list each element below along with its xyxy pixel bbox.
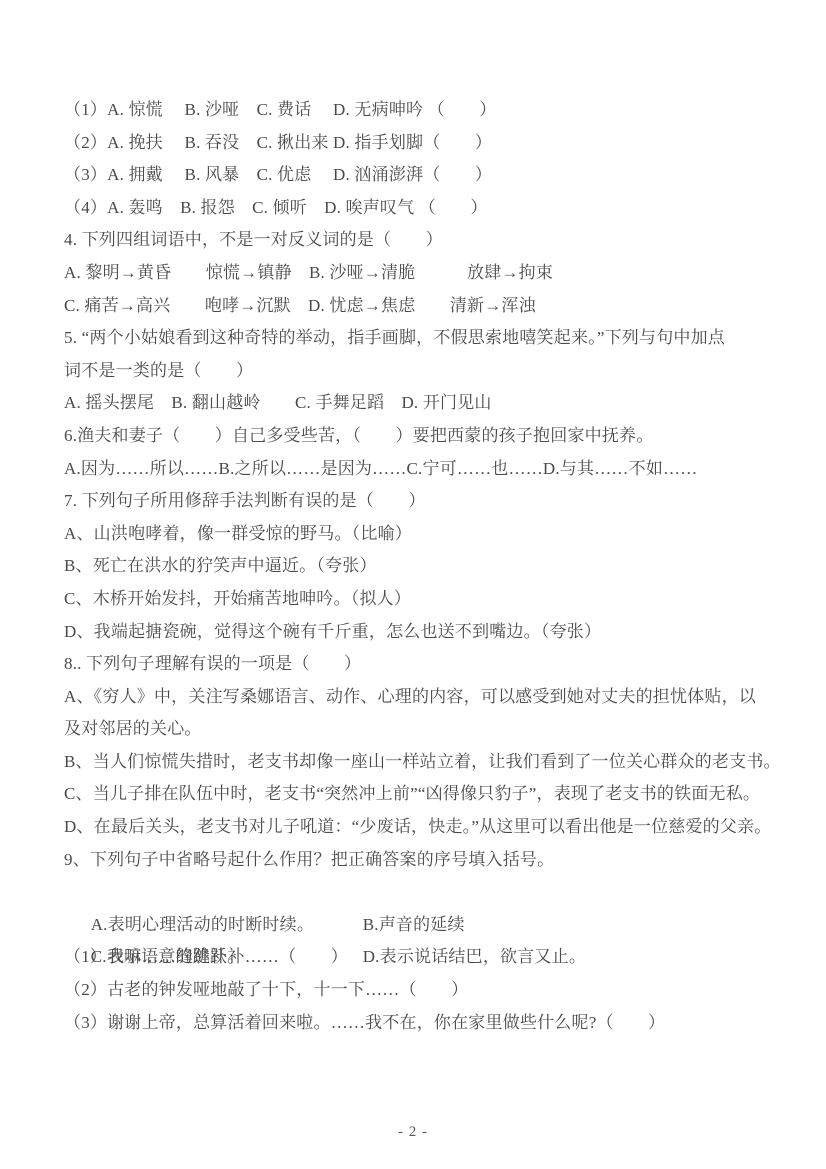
question-9-item-3: （3）谢谢上帝，总算活着回来啦。……我不在，你在家里做些什么呢?（ ） <box>64 1007 770 1040</box>
question-8-option-a-line-2: 及对邻居的关心。 <box>64 713 770 746</box>
question-9-options-ab: A.表明心理活动的时断时续。B.声音的延续 <box>64 876 770 909</box>
question-8-option-a-line-1: A、《穷人》中，关注写桑娜语言、动作、心理的内容，可以感受到她对丈夫的担忧体贴，… <box>64 681 770 714</box>
question-9-option-d: D.表示说话结巴，欲言又止。 <box>363 941 586 974</box>
question-9-stem: 9、下列句子中省略号起什么作用？把正确答案的序号填入括号。 <box>64 844 770 877</box>
worksheet-body: （1）A. 惊慌 B. 沙哑 C. 费话 D. 无病呻吟 （ ） （2）A. 挽… <box>64 94 770 1039</box>
question-5-options: A. 摇头摆尾 B. 翻山越岭 C. 手舞足蹈 D. 开门见山 <box>64 387 770 420</box>
question-8-option-d: D、在最后关头，老支书对儿子吼道：“少废话，快走。”从这里可以看出他是一位慈爱的… <box>64 811 770 844</box>
question-5-stem-line-1: 5. “两个小姑娘看到这种奇特的举动，指手画脚，不假思索地嘻笑起来。”下列与句中… <box>64 322 770 355</box>
question-9-item-2: （2）古老的钟发哑地敲了十下，十一下……（ ） <box>64 974 770 1007</box>
question-8-stem: 8.. 下列句子理解有误的一项是（ ） <box>64 648 770 681</box>
question-9-option-a: A.表明心理活动的时断时续。 <box>91 909 363 942</box>
question-4-options-ab: A. 黎明→黄昏 惊慌→镇静 B. 沙哑→清脆 放肆→拘束 <box>64 257 770 290</box>
question-6-stem: 6.渔夫和妻子（ ）自己多受些苦，（ ）要把西蒙的孩子抱回家中抚养。 <box>64 420 770 453</box>
question-7-option-d: D、我端起搪瓷碗，觉得这个碗有千斤重，怎么也送不到嘴边。（夸张） <box>64 616 770 649</box>
question-7-option-a: A、山洪咆哮着，像一群受惊的野马。（比喻） <box>64 518 770 551</box>
question-4-stem: 4. 下列四组词语中，不是一对反义词的是（ ） <box>64 224 770 257</box>
question-9-option-b: B.声音的延续 <box>363 909 465 942</box>
word-choice-item-4: （4）A. 轰鸣 B. 报怨 C. 倾听 D. 唉声叹气 （ ） <box>64 192 770 225</box>
word-choice-item-1: （1）A. 惊慌 B. 沙哑 C. 费话 D. 无病呻吟 （ ） <box>64 94 770 127</box>
question-8-option-b: B、当人们惊慌失措时，老支书却像一座山一样站立着，让我们看到了一位关心群众的老支… <box>64 746 770 779</box>
page-number: - 2 - <box>0 1124 826 1141</box>
question-8-option-c: C、当儿子排在队伍中时，老支书“突然冲上前”“凶得像只豹子”，表现了老支书的铁面… <box>64 778 770 811</box>
question-7-stem: 7. 下列句子所用修辞手法判断有误的是（ ） <box>64 485 770 518</box>
question-5-stem-line-2: 词不是一类的是（ ） <box>64 355 770 388</box>
word-choice-item-3: （3）A. 拥戴 B. 风暴 C. 优虑 D. 汹涌澎湃（ ） <box>64 159 770 192</box>
question-7-option-b: B、死亡在洪水的狞笑声中逼近。（夸张） <box>64 550 770 583</box>
question-7-option-c: C、木桥开始发抖，开始痛苦地呻吟。（拟人） <box>64 583 770 616</box>
word-choice-item-2: （2）A. 挽扶 B. 吞没 C. 揪出来 D. 指手划脚（ ） <box>64 127 770 160</box>
question-4-options-cd: C. 痛苦→高兴 咆哮→沉默 D. 忧虑→焦虑 清新→浑浊 <box>64 290 770 323</box>
worksheet-page: （1）A. 惊慌 B. 沙哑 C. 费话 D. 无病呻吟 （ ） （2）A. 挽… <box>0 0 826 1169</box>
question-6-options: A.因为……所以……B.之所以……是因为……C.宁可……也……D.与其……不如…… <box>64 453 770 486</box>
